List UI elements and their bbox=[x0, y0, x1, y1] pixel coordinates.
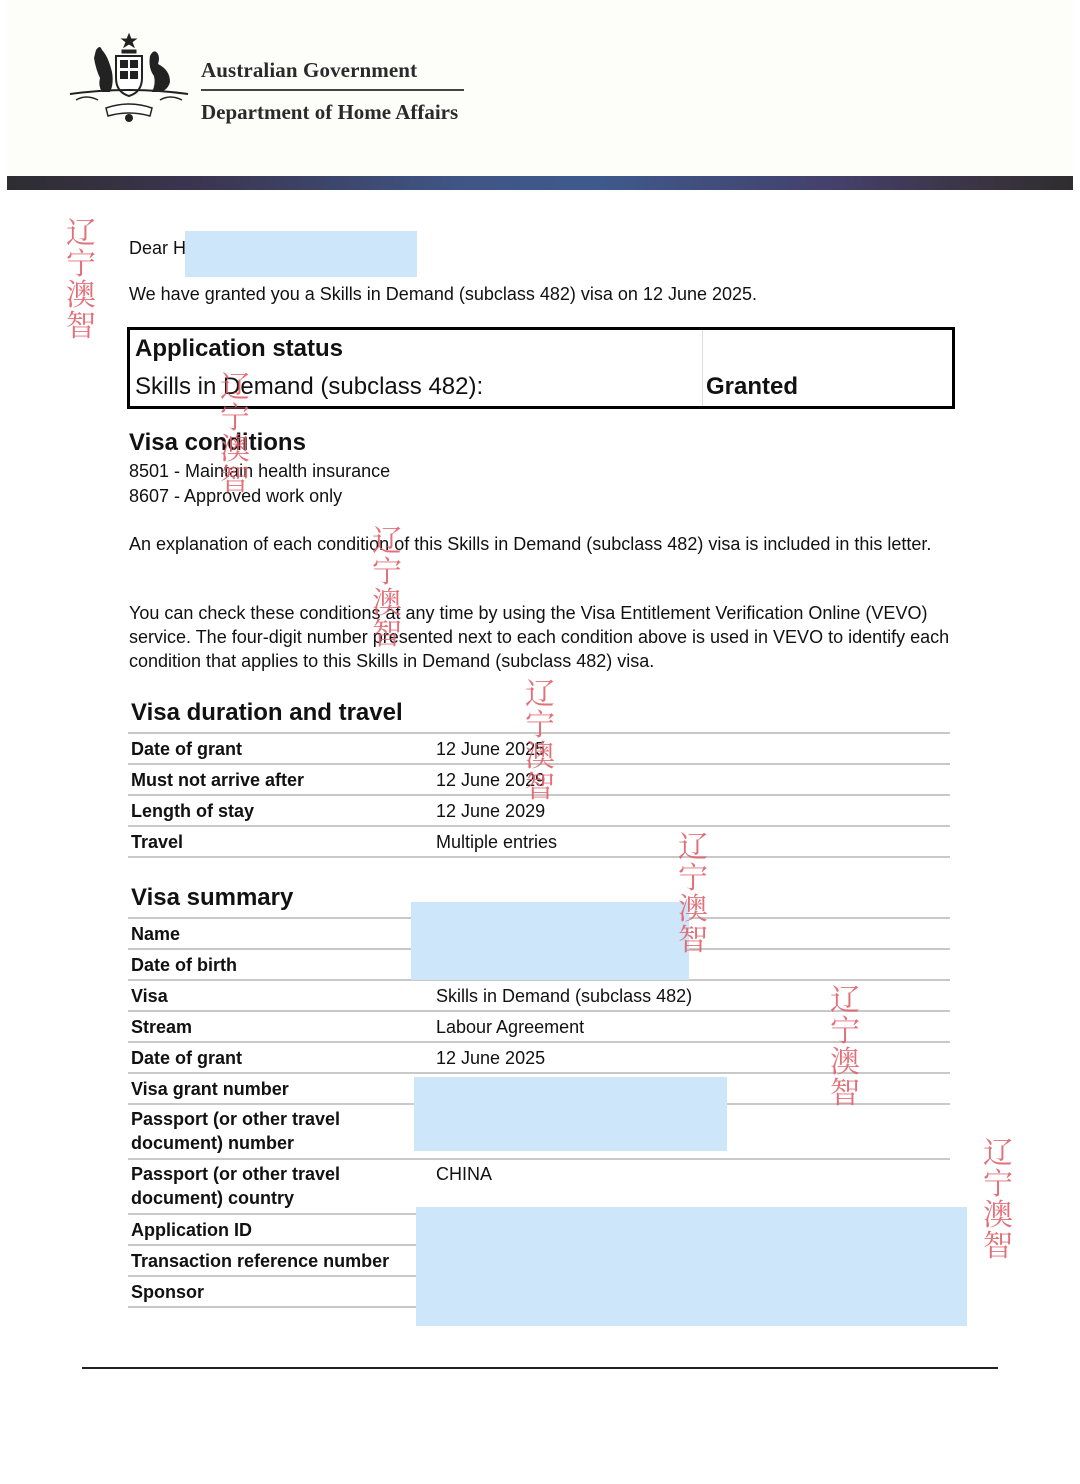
table-row: Passport (or other travel document) coun… bbox=[128, 1158, 950, 1213]
row-label: Transaction reference number bbox=[131, 1249, 389, 1273]
footer-divider bbox=[82, 1367, 998, 1369]
row-label: Stream bbox=[131, 1015, 192, 1039]
row-label: Date of birth bbox=[131, 953, 237, 977]
status-column-divider bbox=[702, 330, 703, 406]
row-label: Name bbox=[131, 922, 180, 946]
watermark: 辽宁澳智 bbox=[64, 218, 98, 342]
conditions-explanation: An explanation of each condition of this… bbox=[129, 532, 959, 556]
duration-travel-title: Visa duration and travel bbox=[131, 699, 403, 727]
redacted-name-dob bbox=[411, 902, 689, 980]
row-value: Labour Agreement bbox=[436, 1015, 584, 1039]
row-label: Travel bbox=[131, 830, 183, 854]
redacted-application-details bbox=[416, 1207, 967, 1326]
table-row: Travel Multiple entries bbox=[128, 825, 950, 856]
row-value: Multiple entries bbox=[436, 830, 557, 854]
watermark: 辽宁澳智 bbox=[676, 832, 710, 956]
department-name: Department of Home Affairs bbox=[201, 100, 458, 125]
application-status-title: Application status bbox=[135, 335, 343, 363]
row-value: CHINA bbox=[436, 1162, 492, 1186]
redacted-grant-passport-number bbox=[414, 1077, 727, 1151]
condition-item: 8501 - Maintain health insurance bbox=[129, 461, 390, 482]
vevo-note: You can check these conditions at any ti… bbox=[129, 601, 959, 673]
watermark: 辽宁澳智 bbox=[523, 679, 557, 803]
government-name: Australian Government bbox=[201, 58, 417, 83]
status-visa-label: Skills in Demand (subclass 482): bbox=[135, 373, 483, 401]
table-row: Stream Labour Agreement bbox=[128, 1010, 950, 1041]
watermark: 辽宁澳智 bbox=[370, 526, 404, 650]
row-label: Passport (or other travel document) numb… bbox=[131, 1107, 371, 1155]
row-label: Application ID bbox=[131, 1218, 252, 1242]
row-label: Must not arrive after bbox=[131, 768, 304, 792]
row-label: Visa bbox=[131, 984, 168, 1008]
row-label: Date of grant bbox=[131, 737, 242, 761]
row-label: Passport (or other travel document) coun… bbox=[131, 1162, 371, 1210]
row-label: Visa grant number bbox=[131, 1077, 289, 1101]
grant-intro: We have granted you a Skills in Demand (… bbox=[129, 284, 757, 305]
australian-coat-of-arms-icon bbox=[66, 32, 192, 124]
header-banner bbox=[7, 176, 1073, 190]
row-value: 12 June 2025 bbox=[436, 1046, 545, 1070]
watermark: 辽宁澳智 bbox=[828, 985, 862, 1109]
table-row: Date of grant 12 June 2025 bbox=[128, 1041, 950, 1072]
row-label: Date of grant bbox=[131, 1046, 242, 1070]
row-label: Length of stay bbox=[131, 799, 254, 823]
table-bottom-rule bbox=[128, 856, 950, 858]
table-row: Visa Skills in Demand (subclass 482) bbox=[128, 979, 950, 1010]
redacted-recipient-name bbox=[185, 231, 417, 277]
salutation: Dear H bbox=[129, 238, 186, 259]
watermark: 辽宁澳智 bbox=[981, 1138, 1015, 1262]
status-badge: Granted bbox=[706, 373, 798, 401]
watermark: 辽宁澳智 bbox=[218, 372, 252, 496]
header-divider bbox=[201, 89, 464, 91]
visa-summary-title: Visa summary bbox=[131, 884, 293, 912]
row-value: Skills in Demand (subclass 482) bbox=[436, 984, 692, 1008]
row-label: Sponsor bbox=[131, 1280, 204, 1304]
